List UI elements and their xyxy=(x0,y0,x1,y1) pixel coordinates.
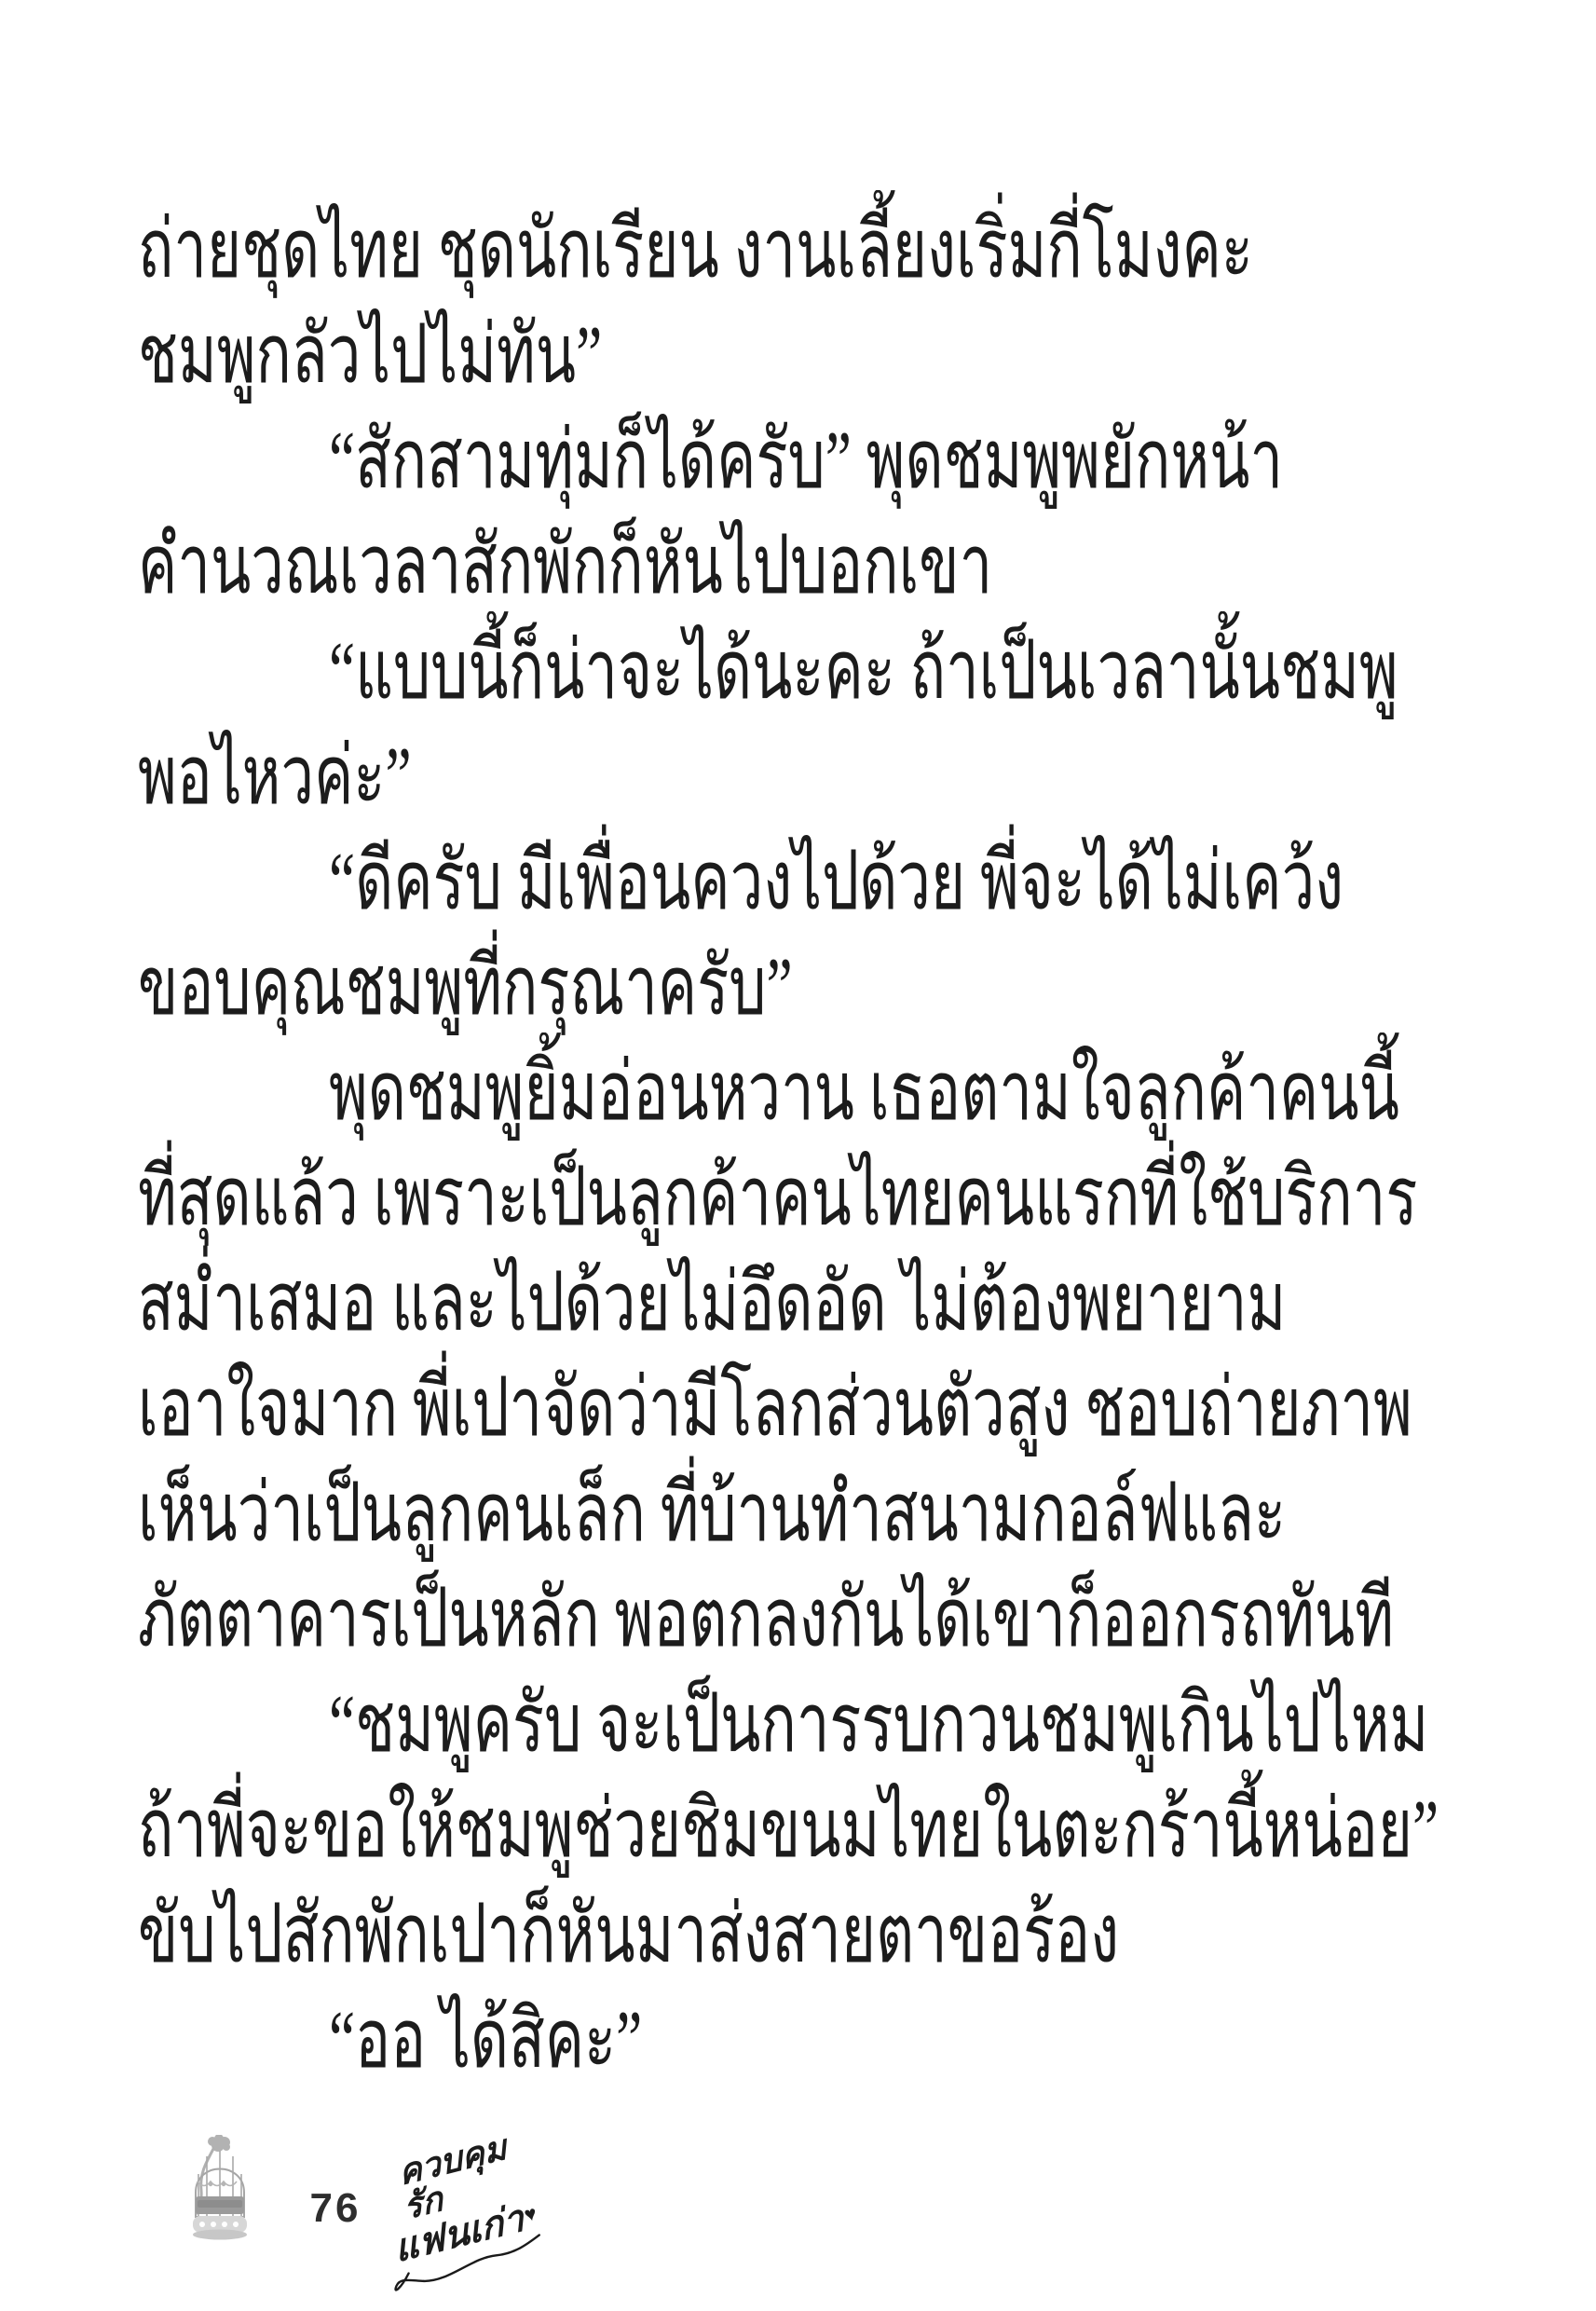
text-line: พอไหวค่ะ” xyxy=(138,724,1507,829)
book-title-logo: ควบคุมรัก แฟนเก่า♥ xyxy=(362,2123,567,2298)
text-line: ถ้าพี่จะขอให้ชมพูช่วยชิมขนมไทยในตะกร้านี… xyxy=(138,1777,1507,1882)
text-line: “สักสามทุ่มก็ได้ครับ” พุดชมพูพยักหน้า xyxy=(138,408,1507,513)
text-line: ที่สุดแล้ว เพราะเป็นลูกค้าคนไทยคนแรกที่ใ… xyxy=(138,1145,1507,1251)
text-line: “ออ ได้สิคะ” xyxy=(138,1988,1507,2093)
text-line: คำนวณเวลาสักพักก็หันไปบอกเขา xyxy=(138,513,1507,619)
text-line: เอาใจมาก พี่เปาจัดว่ามีโลกส่วนตัวสูง ชอบ… xyxy=(138,1356,1507,1461)
text-line: “ดีครับ มีเพื่อนควงไปด้วย พี่จะได้ไม่เคว… xyxy=(138,829,1507,935)
birdcage-icon xyxy=(189,2135,251,2243)
body-text: ถ่ายชุดไทย ชุดนักเรียน งานเลี้ยงเริ่มกี่… xyxy=(138,198,1507,2093)
text-line: ขับไปสักพักเปาก็หันมาส่งสายตาขอร้อง xyxy=(138,1882,1507,1988)
text-line: ถ่ายชุดไทย ชุดนักเรียน งานเลี้ยงเริ่มกี่… xyxy=(138,198,1507,303)
text-line: ขอบคุณชมพูที่กรุณาครับ” xyxy=(138,935,1507,1040)
text-line: สม่ำเสมอ และไปด้วยไม่อึดอัด ไม่ต้องพยายา… xyxy=(138,1251,1507,1356)
page-number: 76 xyxy=(298,2185,373,2232)
text-line: “ชมพูครับ จะเป็นการรบกวนชมพูเกินไปไหม xyxy=(138,1672,1507,1777)
text-line: ภัตตาคารเป็นหลัก พอตกลงกันได้เขาก็ออกรถท… xyxy=(138,1566,1507,1672)
page-footer: 76 ควบคุมรัก แฟนเก่า♥ xyxy=(0,2129,1596,2260)
text-line: “แบบนี้ก็น่าจะได้นะคะ ถ้าเป็นเวลานั้นชมพ… xyxy=(138,619,1507,724)
text-line: เห็นว่าเป็นลูกคนเล็ก ที่บ้านทำสนามกอล์ฟแ… xyxy=(138,1461,1507,1566)
heart-icon: ♥ xyxy=(522,2203,539,2226)
text-line: ชมพูกลัวไปไม่ทัน” xyxy=(138,303,1507,408)
text-line: พุดชมพูยิ้มอ่อนหวาน เธอตามใจลูกค้าคนนี้ xyxy=(138,1040,1507,1145)
